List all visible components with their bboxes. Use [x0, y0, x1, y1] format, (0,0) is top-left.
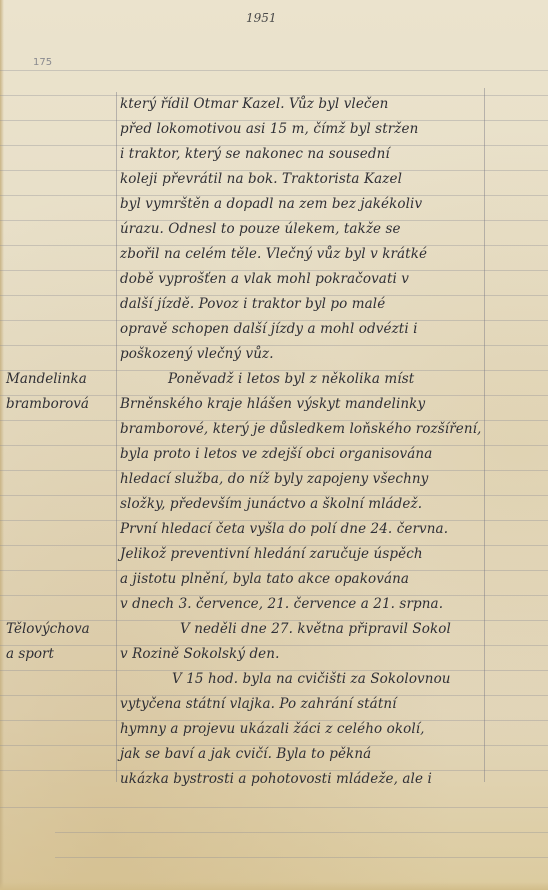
body-line: v dnech 3. července, 21. července a 21. … — [116, 595, 484, 613]
margin-note-potato-beetle-line2: bramborová — [6, 395, 112, 413]
body-line: vytyčena státní vlajka. Po zahrání státn… — [116, 695, 484, 713]
ruled-line — [0, 70, 548, 71]
page-number: 175 — [33, 57, 52, 68]
body-line: době vyprošťen a vlak mohl pokračovati v — [116, 270, 484, 288]
body-line: Poněvadž i letos byl z několika míst — [116, 370, 484, 388]
body-line: zbořil na celém těle. Vlečný vůz byl v k… — [116, 245, 484, 263]
right-margin-line — [484, 88, 485, 782]
body-line: hymny a projevu ukázali žáci z celého ok… — [116, 720, 484, 738]
body-line: v Rozině Sokolský den. — [116, 645, 484, 663]
body-line: Jelikož preventivní hledání zaručuje úsp… — [116, 545, 484, 563]
body-line: před lokomotivou asi 15 m, čímž byl strž… — [116, 120, 484, 138]
margin-note-sport-line2: a sport — [6, 645, 112, 663]
body-line: V 15 hod. byla na cvičišti za Sokolovnou — [116, 670, 484, 688]
chronicle-page: 1951 175 Mandelinka bramborová Tělovýcho… — [0, 0, 548, 890]
body-line: i traktor, který se nakonec na sousední — [116, 145, 484, 163]
body-line: opravě schopen další jízdy a mohl odvézt… — [116, 320, 484, 338]
body-line: složky, především junáctvo a školní mlád… — [116, 495, 484, 513]
body-line: bramborové, který je důsledkem loňského … — [116, 420, 484, 438]
page-year: 1951 — [246, 11, 277, 25]
body-line: byl vymrštěn a dopadl na zem bez jakékol… — [116, 195, 484, 213]
body-line: Brněnského kraje hlášen výskyt mandelink… — [116, 395, 484, 413]
body-line: který řídil Otmar Kazel. Vůz byl vlečen — [116, 95, 484, 113]
body-line: poškozený vlečný vůz. — [116, 345, 484, 363]
ruled-line — [55, 832, 548, 833]
body-line: V neděli dne 27. května připravil Sokol — [116, 620, 484, 638]
body-line: jak se baví a jak cvičí. Byla to pěkná — [116, 745, 484, 763]
body-line: a jistotu plnění, byla tato akce opaková… — [116, 570, 484, 588]
body-line: hledací služba, do níž byly zapojeny vše… — [116, 470, 484, 488]
ruled-line — [0, 807, 548, 808]
body-line: koleji převrátil na bok. Traktorista Kaz… — [116, 170, 484, 188]
margin-note-potato-beetle-line1: Mandelinka — [6, 370, 112, 388]
body-line: úrazu. Odnesl to pouze úlekem, takže se — [116, 220, 484, 238]
body-line: První hledací četa vyšla do polí dne 24.… — [116, 520, 484, 538]
ruled-line — [55, 857, 548, 858]
body-line: ukázka bystrosti a pohotovosti mládeže, … — [116, 770, 484, 788]
paper-edge-bottom — [0, 882, 548, 890]
body-line: byla proto i letos ve zdejší obci organi… — [116, 445, 484, 463]
body-line: další jízdě. Povoz i traktor byl po malé — [116, 295, 484, 313]
margin-note-sport-line1: Tělovýchova — [6, 620, 112, 638]
